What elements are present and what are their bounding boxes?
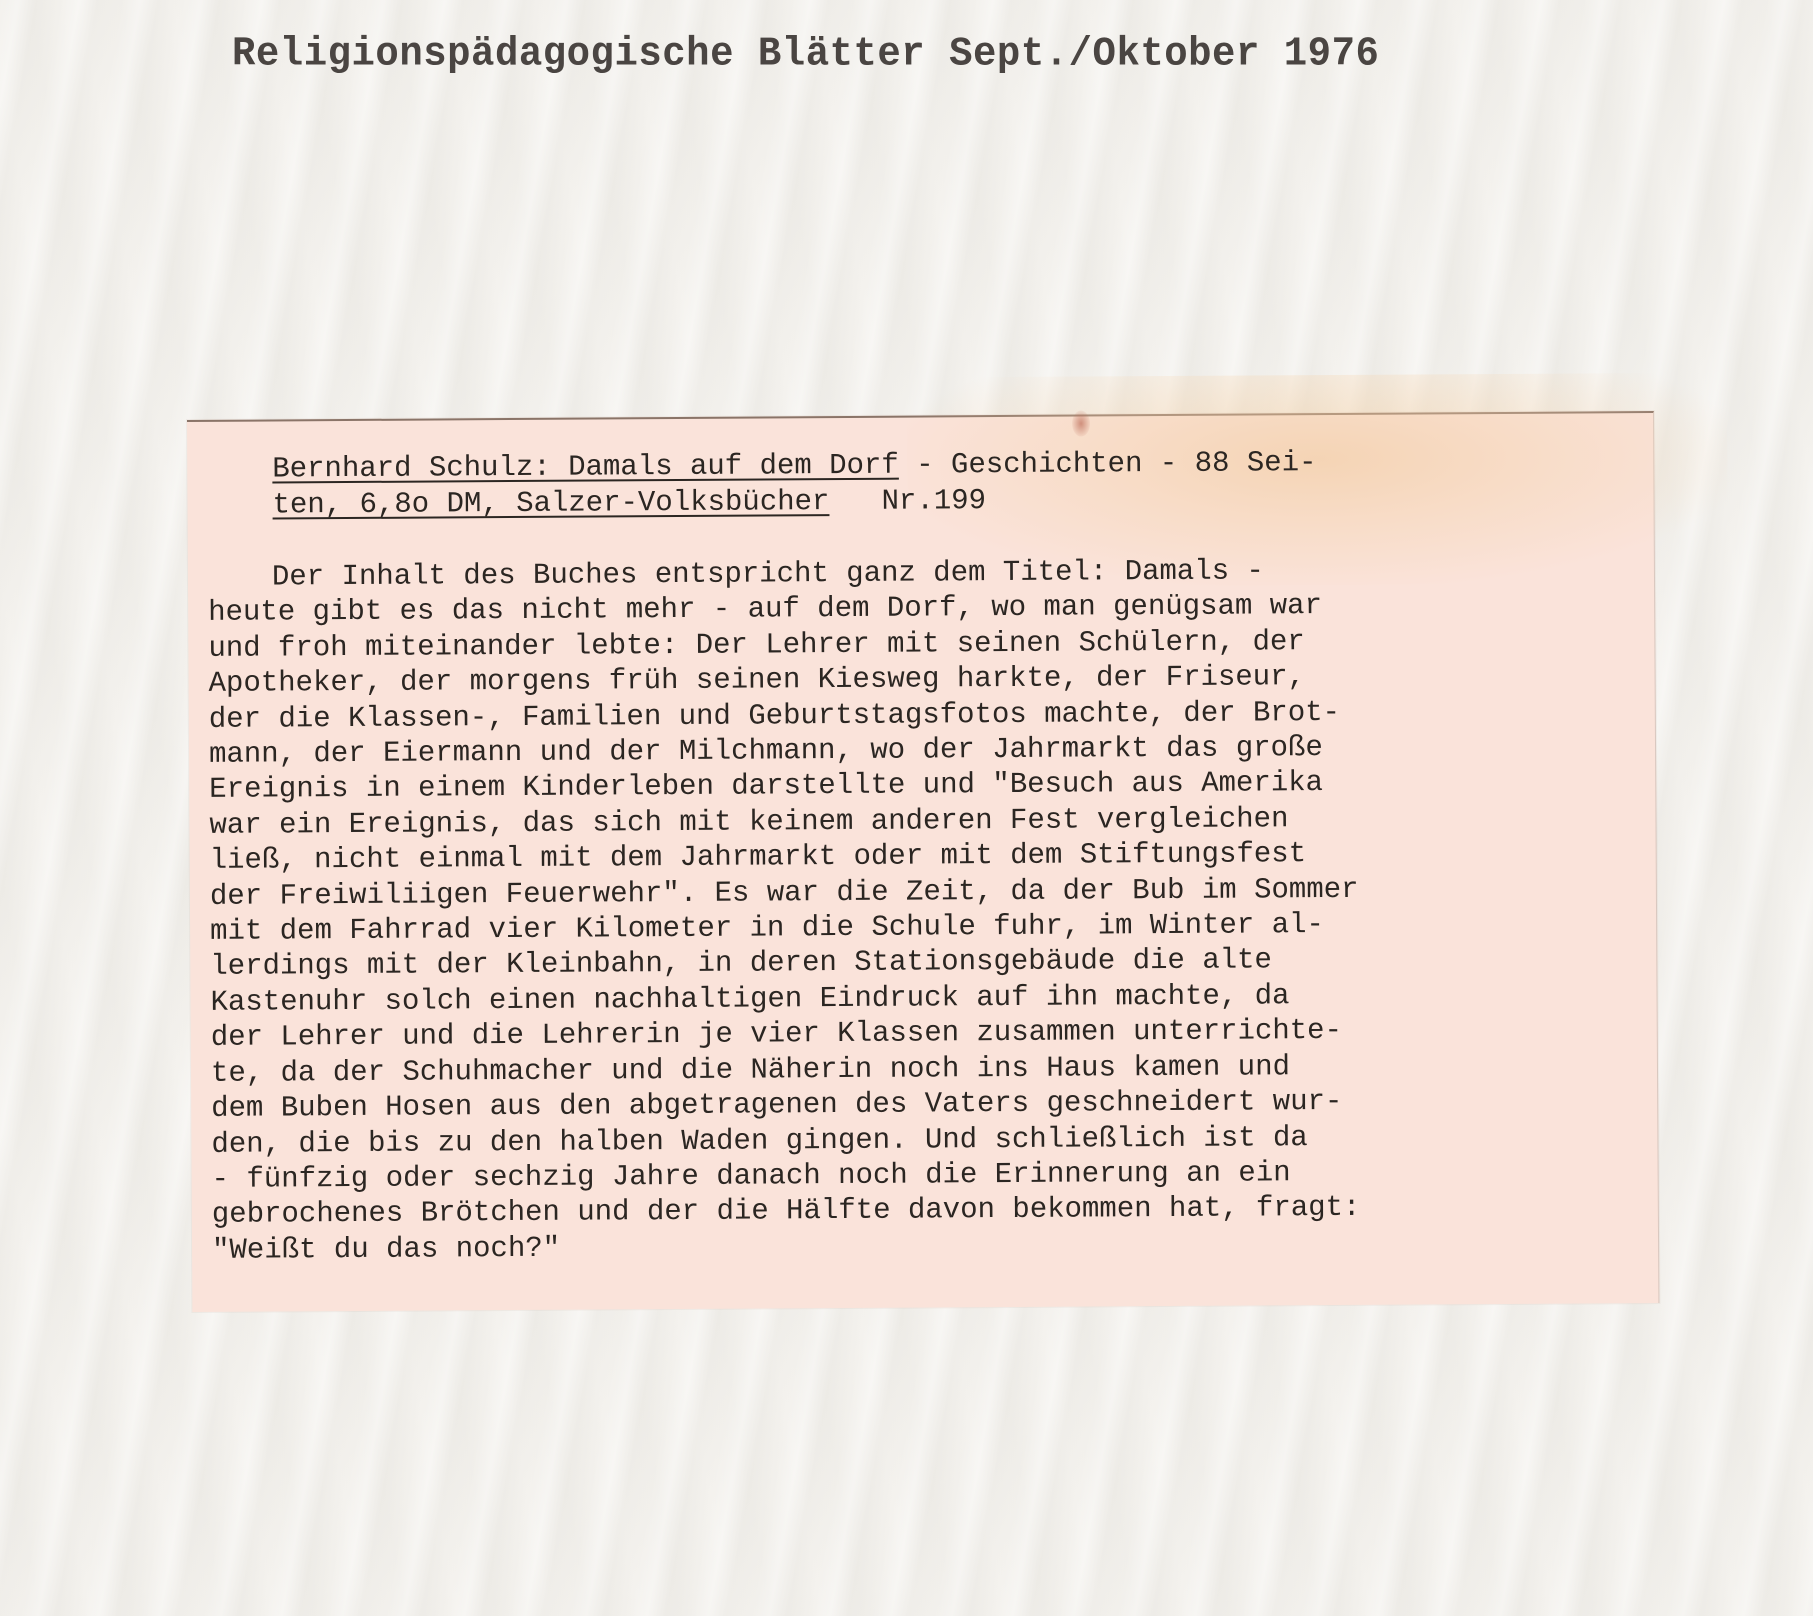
review-line: gebrochenes Brötchen und der die Hälfte … — [212, 1190, 1361, 1232]
book-title-underlined: Bernhard Schulz: Damals auf dem Dorf — [272, 449, 899, 486]
stain-spot — [1072, 410, 1090, 436]
citation-number: Nr.199 — [829, 484, 986, 518]
citation-line-1: Bernhard Schulz: Damals auf dem Dorf - G… — [272, 445, 1316, 487]
review-line: "Weißt du das noch?" — [212, 1226, 1361, 1268]
review-body: Der Inhalt des Buches entspricht ganz de… — [208, 553, 1361, 1268]
book-citation: Bernhard Schulz: Damals auf dem Dorf - G… — [272, 445, 1317, 523]
citation-price-publisher: ten, 6,8o DM, Salzer-Volksbücher — [272, 485, 829, 521]
newspaper-clipping: Bernhard Schulz: Damals auf dem Dorf - G… — [187, 411, 1659, 1312]
page-header-title: Religionspädagogische Blätter Sept./Okto… — [232, 31, 1379, 77]
citation-line-2: ten, 6,8o DM, Salzer-Volksbücher Nr.199 — [272, 481, 1316, 523]
citation-genre-pages: - Geschichten - 88 Sei- — [899, 446, 1317, 482]
